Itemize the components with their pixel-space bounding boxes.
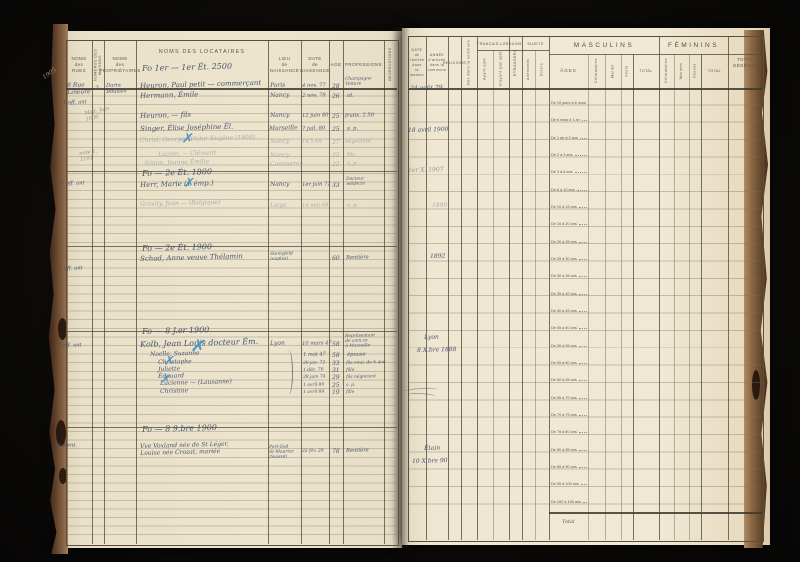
age-bracket-row: De 70 à 75 ans: [551, 404, 588, 417]
column-line: [605, 54, 606, 540]
dotted-leader: [579, 224, 587, 225]
age-bracket: De 1 an à 2 ans: [551, 136, 578, 140]
header-french-sub2: N'ayant pas opté: [493, 51, 509, 87]
age-bracket-row: De 2 à 3 ans: [551, 144, 588, 157]
margin-note: 1 off. ant: [63, 100, 87, 107]
header-foreigners: ÉTRANGERS: [509, 38, 522, 87]
dotted-leader: [579, 380, 587, 381]
header-subjects-group: SUJETS: [522, 39, 549, 49]
section-rule: [66, 171, 397, 172]
header-streets: NOMS des RUES: [66, 44, 92, 86]
age-bracket-row: De 20 à 25 ans: [551, 231, 588, 244]
age-bracket-row: De 10 à 15 ans: [551, 196, 588, 209]
age-bracket: De 100 à 105 ans: [551, 500, 581, 504]
header-m-celibataires: Célibataires: [588, 55, 605, 87]
column-line: [136, 40, 137, 544]
street-name: 8 Rue Lineore: [67, 82, 91, 96]
entry-date-value: 1890: [432, 203, 447, 210]
blue-cross-mark: ✗: [181, 130, 195, 147]
age-bracket-row: De 35 à 40 ans: [551, 283, 588, 296]
dotted-leader: [577, 190, 587, 191]
age-bracket-row: De 55 à 60 ans: [551, 352, 588, 365]
entry-date-value: 24 août 79: [410, 85, 443, 93]
birthplace: Nancy: [270, 152, 290, 159]
blue-cross-mark: ✗: [183, 175, 195, 191]
column-line: [549, 36, 550, 540]
age-bracket-row: De 1 an à 2 ans: [551, 127, 588, 140]
birthplace: Commercy: [270, 161, 303, 169]
age-bracket-row: De 85 à 90 ans: [551, 456, 588, 469]
age-value: 60: [332, 256, 340, 263]
birthdate: 12 juin 80: [302, 113, 329, 120]
age-bracket-row: De 25 à 30 ans: [551, 248, 588, 261]
entry-date-value: 1er X. 1907: [408, 167, 444, 175]
age-bracket-row: De 80 à 85 ans: [551, 439, 588, 452]
tenant-name: Vve Voxland née de St Léger, Louise née …: [140, 442, 229, 458]
profession: négociant: [345, 139, 371, 146]
age-bracket-row: De 60 à 65 ans: [551, 369, 588, 382]
header-masculins: MASCULINS: [549, 38, 659, 54]
age-bracket: De 80 à 85 ans: [551, 448, 577, 452]
dotted-leader: [579, 467, 587, 468]
profession: Représentant de com.ce à Marseille: [345, 333, 375, 349]
dotted-leader: [579, 242, 587, 243]
age-bracket: De 75 à 80 ans: [551, 430, 577, 434]
birthplace: Nancy: [270, 138, 290, 145]
profession: fils négociant: [346, 374, 376, 380]
age-bracket-row: De 50 à 55 ans: [551, 335, 588, 348]
birthdate: 20 jan. 72: [303, 360, 325, 366]
margin-note: 1 off. ant: [61, 181, 85, 188]
dotted-leader: [579, 259, 587, 260]
age-bracket: De 15 à 20 ans: [551, 222, 577, 226]
profession: s. p.: [347, 127, 358, 133]
age-bracket-row: De 100 à 105 ans: [551, 491, 588, 504]
profession: s. p.: [347, 162, 358, 168]
column-line: [659, 36, 660, 540]
entry-date-value: 8 X.bre 1888: [417, 347, 457, 355]
dotted-leader: [579, 432, 587, 433]
header-french-sub1: Ayant opté: [477, 51, 493, 87]
header-owners: NOMS des PROPRIÉTAIRES: [104, 44, 136, 86]
entry-date-value: 10 X.bre 90: [412, 458, 448, 466]
profession: id.: [347, 94, 354, 100]
age-value: 28: [332, 84, 340, 91]
age-value: 33: [332, 183, 340, 190]
entry-date-value: 1892: [430, 254, 445, 261]
age-bracket: De 90 à 100 ans: [551, 482, 579, 486]
age-bracket-row: De 10 jours à 6 mois: [551, 92, 588, 105]
birthdate: 14 mai 68: [302, 203, 328, 210]
header-ages: ÂGES: [549, 56, 588, 86]
age-value: 25: [332, 127, 340, 134]
house-number: 2: [95, 86, 99, 93]
profession: fille: [346, 390, 354, 395]
dotted-leader: [575, 172, 587, 173]
floor-note: Fo — 8 9.bre 1900: [142, 423, 217, 434]
header-observations: OBSERVATIONS: [384, 42, 397, 87]
dotted-leader: [575, 155, 587, 156]
dotted-leader: [581, 484, 587, 485]
dotted-leader: [579, 363, 587, 364]
age-bracket: De 50 à 55 ans: [551, 344, 577, 348]
birthdate: 14.5.68: [302, 139, 322, 145]
header-birthplace: LIEU de NAISSANCE: [268, 44, 301, 86]
age-value: 58: [332, 342, 340, 349]
birthdate: 4 nov. 77: [302, 83, 326, 90]
age-bracket-row: De 75 à 80 ans: [551, 421, 588, 434]
header-rule: [408, 88, 762, 90]
tenant-name: Heuron, — fils: [140, 111, 191, 120]
column-line: [384, 40, 385, 544]
column-line: [535, 50, 536, 540]
margin-note: 1 Rent.: [58, 444, 77, 450]
age-bracket: De 85 à 90 ans: [551, 465, 577, 469]
dotted-leader: [583, 502, 587, 503]
header-f-total: TOTAL: [701, 55, 728, 87]
birthdate: 28 juin 74: [303, 374, 326, 380]
column-line: [633, 54, 634, 540]
profession: fille: [346, 368, 354, 373]
header-feminins: FÉMININS: [659, 38, 728, 54]
age-value: 25: [332, 153, 340, 160]
column-line: [343, 40, 344, 544]
birthdate: 1er juin 72: [302, 182, 331, 189]
birthdate: 1 mai 47: [303, 352, 326, 359]
dotted-leader: [579, 276, 587, 277]
column-line: [461, 36, 462, 540]
birthdate: 2 nov. 79: [302, 93, 326, 100]
age-bracket: De 60 à 65 ans: [551, 378, 577, 382]
age-value: 78: [332, 449, 340, 456]
column-line: [329, 40, 330, 544]
age-value: 22: [332, 162, 340, 169]
age-bracket-row: De 45 à 50 ans: [551, 317, 588, 330]
tenant-name: Christine: [160, 388, 188, 396]
entry-place-value: Étain: [424, 446, 440, 453]
column-line: [674, 54, 675, 540]
age-bracket-row: De 30 à 35 ans: [551, 265, 588, 278]
column-line: [621, 54, 622, 540]
birthdate: 1 déc. 70: [303, 367, 324, 373]
total-label: Total: [562, 519, 575, 525]
register-photo: NOMS des RUES NUMÉROS DES MAISONS NOMS d…: [0, 0, 800, 562]
birthplace: Nancy: [270, 112, 290, 119]
header-m-total: TOTAL: [633, 55, 659, 87]
birthplace: Port-Sud St-Maurice (Suisse): [269, 444, 294, 460]
total-rule: [549, 512, 762, 514]
birthplace: Stempfeld (naples): [270, 251, 293, 262]
age-bracket: De 20 à 25 ans: [551, 240, 577, 244]
header-subjects-sub1: Allemands: [522, 51, 535, 87]
header-m-maries: Mariés: [605, 55, 621, 87]
section-rule: [66, 331, 397, 332]
floor-note: Fo — 8 J.er 1900: [142, 325, 209, 336]
birthplace: Paris: [270, 83, 285, 90]
column-line: [268, 40, 269, 544]
age-bracket: De 35 à 40 ans: [551, 292, 577, 296]
birthdate: 7 juil. 80: [302, 126, 325, 133]
header-f-mariees: Mariées: [674, 55, 689, 87]
age-bracket: De 65 à 70 ans: [551, 396, 577, 400]
age-bracket-row: De 40 à 45 ans: [551, 300, 588, 313]
age-bracket: De 45 à 50 ans: [551, 326, 577, 330]
profession: fils: [347, 153, 355, 159]
age-bracket: De 6 à 10 ans: [551, 188, 575, 192]
dotted-leader: [582, 120, 587, 121]
age-bracket-row: De 6 mois à 1 an: [551, 109, 588, 122]
age-bracket: De 3 à 6 ans: [551, 170, 573, 174]
column-line: [477, 36, 478, 540]
section-rule: [66, 427, 397, 428]
tenant-name: Hermann, Émile: [140, 90, 198, 100]
header-tenants: NOMS DES LOCATAIRES: [136, 46, 268, 60]
header-total-general: TOTAL GÉNÉRAL: [728, 40, 762, 86]
column-line: [522, 36, 523, 540]
blue-cross-mark: ✗: [163, 353, 175, 369]
age-bracket: De 25 à 30 ans: [551, 257, 577, 261]
birthplace: Liège: [270, 203, 287, 210]
margin-note: 1 off. ant: [58, 343, 82, 350]
profession: Rentière: [346, 448, 369, 455]
age-value: 19: [332, 390, 340, 397]
column-line: [701, 54, 702, 540]
age-bracket-row: De 90 à 100 ans: [551, 473, 588, 486]
dotted-leader: [579, 328, 587, 329]
dotted-leader: [580, 138, 587, 139]
age-bracket-row: De 6 à 10 ans: [551, 179, 588, 192]
profession: fils emp. de b.que: [346, 360, 386, 366]
floor-note: Fo — 2e Ét. 1900: [142, 242, 212, 253]
birthplace: Marseille: [269, 125, 298, 133]
birthdate: 1 avril 80: [303, 382, 324, 388]
column-line: [588, 54, 589, 540]
header-f-veuves: Veuves: [689, 55, 701, 87]
floor-note: Fo — 2e Ét. 1800: [142, 167, 212, 178]
age-bracket: De 2 à 3 ans: [551, 153, 573, 157]
column-line: [509, 36, 510, 540]
header-f-celibataires: Célibataires: [659, 55, 674, 87]
age-bracket: De 55 à 60 ans: [551, 361, 577, 365]
column-line: [689, 54, 690, 540]
age-bracket-row: De 65 à 70 ans: [551, 387, 588, 400]
age-bracket: De 10 à 15 ans: [551, 205, 577, 209]
header-m-veufs: Veufs: [621, 55, 633, 87]
profession: Docteur médecin: [346, 177, 365, 188]
dotted-leader: [579, 398, 587, 399]
profession: s. p.: [347, 204, 358, 210]
header-age: AGE: [329, 44, 343, 86]
header-religions: RELIGIONS: [448, 40, 461, 86]
age-bracket: De 10 jours à 6 mois: [551, 101, 586, 105]
blue-cross-mark: ✗: [160, 371, 172, 386]
owner-name: Darin Boulten: [106, 83, 127, 95]
age-bracket-row: De 15 à 20 ans: [551, 213, 588, 226]
age-value: 27: [332, 140, 340, 147]
birthplace: Nancy: [270, 181, 290, 188]
dotted-leader: [579, 311, 587, 312]
age-bracket: De 30 à 35 ans: [551, 274, 577, 278]
dotted-leader: [579, 450, 587, 451]
entry-date-value: 18 avril 1900: [408, 127, 449, 135]
column-line: [448, 36, 449, 540]
profession: fruits, 2.50: [345, 113, 374, 120]
margin-note: 1 off. ant: [59, 266, 83, 273]
dotted-leader: [579, 415, 587, 416]
profession: épouse: [347, 353, 366, 359]
dotted-leader: [579, 294, 587, 295]
margin-note: note 1. 1191: [79, 149, 99, 163]
profession: s. p.: [346, 383, 355, 388]
entry-place-value: Lyon: [424, 335, 439, 342]
header-born-commune: Nés dans la commune: [461, 38, 477, 87]
age-bracket: De 40 à 45 ans: [551, 309, 577, 313]
age-bracket: De 6 mois à 1 an: [551, 118, 580, 122]
birthdate: 1 avril 84: [303, 389, 324, 395]
header-subjects-sub2: Divers: [535, 51, 549, 87]
column-line: [493, 50, 494, 540]
dotted-leader: [579, 207, 587, 208]
header-birthdate: DATE de NAISSANCE: [301, 44, 329, 86]
profession: Rentière: [346, 255, 369, 262]
profession: Champagne Voiture: [345, 76, 372, 87]
age-value: 25: [332, 114, 340, 121]
column-line: [728, 36, 729, 540]
birthdate: 22 fév. 28: [302, 448, 324, 454]
birthplace: Nancy: [270, 92, 290, 99]
birthplace: Lyon: [270, 341, 285, 348]
section-rule: [66, 246, 397, 247]
dotted-leader: [579, 346, 587, 347]
birthdate: 10 mars 47: [302, 341, 332, 348]
age-value: 26: [332, 94, 340, 101]
header-entry-date: DATE de l'entrée dans la maison: [408, 40, 426, 86]
age-bracket: De 70 à 75 ans: [551, 413, 577, 417]
age-bracket-row: De 3 à 6 ans: [551, 161, 588, 174]
